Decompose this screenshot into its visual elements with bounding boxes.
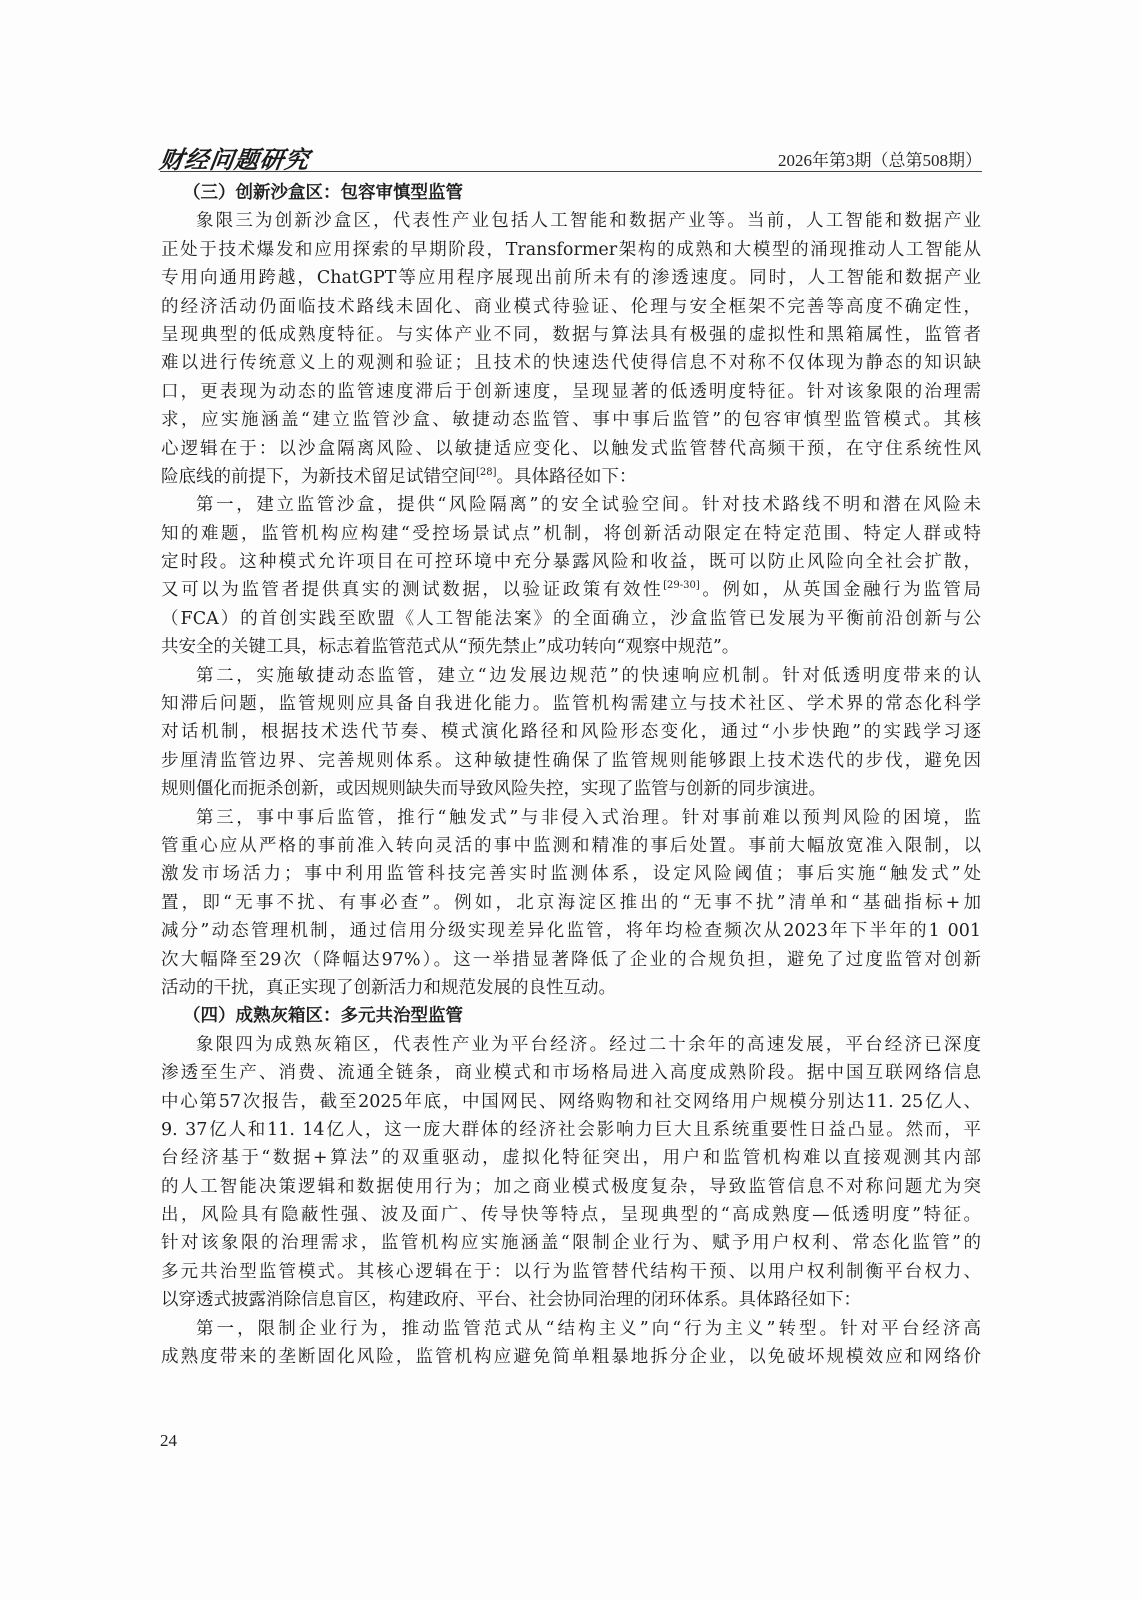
paragraph-line: 象限四为成熟灰箱区，代表性产业为平台经济。经过二十余年的高速发展，平台经济已深度 (161, 1031, 981, 1059)
paragraph-line: 第一，建立监管沙盒，提供“风险隔离”的安全试验空间。针对技术路线不明和潜在风险未 (161, 491, 981, 519)
paragraph-line: 次大幅降至29次（降幅达97%）。这一举措显著降低了企业的合规负担，避免了过度监… (161, 946, 981, 974)
journal-page: 财经问题研究 2026年第3期（总第508期） （三）创新沙盒区：包容审慎型监管… (0, 0, 1140, 1600)
section-heading-3: （三）创新沙盒区：包容审慎型监管 (161, 179, 981, 207)
citation-ref-29-30[interactable]: [29-30] (663, 580, 700, 591)
paragraph-line: 知的难题，监管机构应构建“受控场景试点”机制，将创新活动限定在特定范围、特定人群… (161, 520, 981, 548)
paragraph-line: 对话机制，根据技术迭代节奏、模式演化路径和风险形态变化，通过“小步快跑”的实践学… (161, 718, 981, 746)
section-heading-4: （四）成熟灰箱区：多元共治型监管 (161, 1002, 981, 1030)
paragraph-line: 渗透至生产、消费、流通全链条，商业模式和市场格局进入高度成熟阶段。据中国互联网络… (161, 1059, 981, 1087)
line-text: 险底线的前提下，为新技术留足试错空间 (161, 467, 476, 487)
paragraph-line: 共安全的关键工具，标志着监管范式从“预先禁止”成功转向“观察中规范”。 (161, 633, 981, 661)
paragraph-line: 专用向通用跨越，ChatGPT等应用程序展现出前所未有的渗透速度。同时，人工智能… (161, 264, 981, 292)
paragraph-line: 心逻辑在于：以沙盒隔离风险、以敏捷适应变化、以触发式监管替代高频干预，在守住系统… (161, 435, 981, 463)
journal-title-logo: 财经问题研究 (158, 140, 313, 175)
paragraph-line: 求，应实施涵盖“建立监管沙盒、敏捷动态监管、事中事后监管”的包容审慎型监管模式。… (161, 406, 981, 434)
paragraph-line: （FCA）的首创实践至欧盟《人工智能法案》的全面确立，沙盒监管已发展为平衡前沿创… (161, 605, 981, 633)
paragraph-line: 第三，事中事后监管，推行“触发式”与非侵入式治理。针对事前难以预判风险的困境，监 (161, 804, 981, 832)
paragraph-line: 第一，限制企业行为，推动监管范式从“结构主义”向“行为主义”转型。针对平台经济高 (161, 1315, 981, 1343)
paragraph-line: 又可以为监管者提供真实的测试数据，以验证政策有效性[29-30]。例如，从英国金… (161, 576, 981, 604)
paragraph-line: 第二，实施敏捷动态监管，建立“边发展边规范”的快速响应机制。针对低透明度带来的认 (161, 662, 981, 690)
header-rule-divider (160, 171, 982, 172)
line-text: 。具体路径如下： (497, 467, 637, 487)
paragraph-line: 难以进行传统意义上的观测和验证；且技术的快速迭代使得信息不对称不仅体现为静态的知… (161, 349, 981, 377)
paragraph-line: 针对该象限的治理需求，监管机构应实施涵盖“限制企业行为、赋予用户权利、常态化监管… (161, 1229, 981, 1257)
paragraph-line: 的人工智能决策逻辑和数据使用行为；加之商业模式极度复杂，导致监管信息不对称问题尤… (161, 1173, 981, 1201)
paragraph-line: 知滞后问题，监管规则应具备自我进化能力。监管机构需建立与技术社区、学术界的常态化… (161, 690, 981, 718)
paragraph-line: 管重心应从严格的事前准入转向灵活的事中监测和精准的事后处置。事前大幅放宽准入限制… (161, 832, 981, 860)
article-body: （三）创新沙盒区：包容审慎型监管 象限三为创新沙盒区，代表性产业包括人工智能和数… (161, 179, 981, 1371)
line-text: 。例如，从英国金融行为监管局 (700, 580, 981, 600)
citation-ref-28[interactable]: [28] (476, 467, 497, 478)
paragraph-line: 出，风险具有隐蔽性强、波及面广、传导快等特点，呈现典型的“高成熟度—低透明度”特… (161, 1201, 981, 1229)
paragraph-line: 规则僵化而扼杀创新，或因规则缺失而导致风险失控，实现了监管与创新的同步演进。 (161, 775, 981, 803)
running-head: 财经问题研究 2026年第3期（总第508期） (160, 140, 982, 170)
paragraph-line: 象限三为创新沙盒区，代表性产业包括人工智能和数据产业等。当前，人工智能和数据产业 (161, 207, 981, 235)
paragraph-line: 步厘清监管边界、完善规则体系。这种敏捷性确保了监管规则能够跟上技术迭代的步伐，避… (161, 747, 981, 775)
line-text: 又可以为监管者提供真实的测试数据，以验证政策有效性 (161, 580, 663, 600)
issue-info: 2026年第3期（总第508期） (778, 146, 982, 171)
paragraph-line: 置，即“无事不扰、有事必查”。例如，北京海淀区推出的“无事不扰”清单和“基础指标… (161, 889, 981, 917)
paragraph-line: 正处于技术爆发和应用探索的早期阶段，Transformer架构的成熟和大模型的涌… (161, 236, 981, 264)
paragraph-line: 呈现典型的低成熟度特征。与实体产业不同，数据与算法具有极强的虚拟性和黑箱属性，监… (161, 321, 981, 349)
paragraph-line: 9. 37亿人和11. 14亿人，这一庞大群体的经济社会影响力巨大且系统重要性日… (161, 1116, 981, 1144)
paragraph-line: 的经济活动仍面临技术路线未固化、商业模式待验证、伦理与安全框架不完善等高度不确定… (161, 293, 981, 321)
paragraph-line: 定时段。这种模式允许项目在可控环境中充分暴露风险和收益，既可以防止风险向全社会扩… (161, 548, 981, 576)
paragraph-line: 激发市场活力；事中利用监管科技完善实时监测体系，设定风险阈值；事后实施“触发式”… (161, 860, 981, 888)
paragraph-line: 中心第57次报告，截至2025年底，中国网民、网络购物和社交网络用户规模分别达1… (161, 1088, 981, 1116)
paragraph-line: 险底线的前提下，为新技术留足试错空间[28]。具体路径如下： (161, 463, 981, 491)
paragraph-line: 成熟度带来的垄断固化风险，监管机构应避免简单粗暴地拆分企业，以免破坏规模效应和网… (161, 1343, 981, 1371)
paragraph-line: 减分”动态管理机制，通过信用分级实现差异化监管，将年均检查频次从2023年下半年… (161, 917, 981, 945)
paragraph-line: 口，更表现为动态的监管速度滞后于创新速度，呈现显著的低透明度特征。针对该象限的治… (161, 378, 981, 406)
paragraph-line: 活动的干扰，真正实现了创新活力和规范发展的良性互动。 (161, 974, 981, 1002)
page-number: 24 (160, 1431, 177, 1451)
paragraph-line: 多元共治型监管模式。其核心逻辑在于：以行为监管替代结构干预、以用户权利制衡平台权… (161, 1258, 981, 1286)
paragraph-line: 台经济基于“数据+算法”的双重驱动，虚拟化特征突出，用户和监管机构难以直接观测其… (161, 1144, 981, 1172)
paragraph-line: 以穿透式披露消除信息盲区，构建政府、平台、社会协同治理的闭环体系。具体路径如下： (161, 1286, 981, 1314)
